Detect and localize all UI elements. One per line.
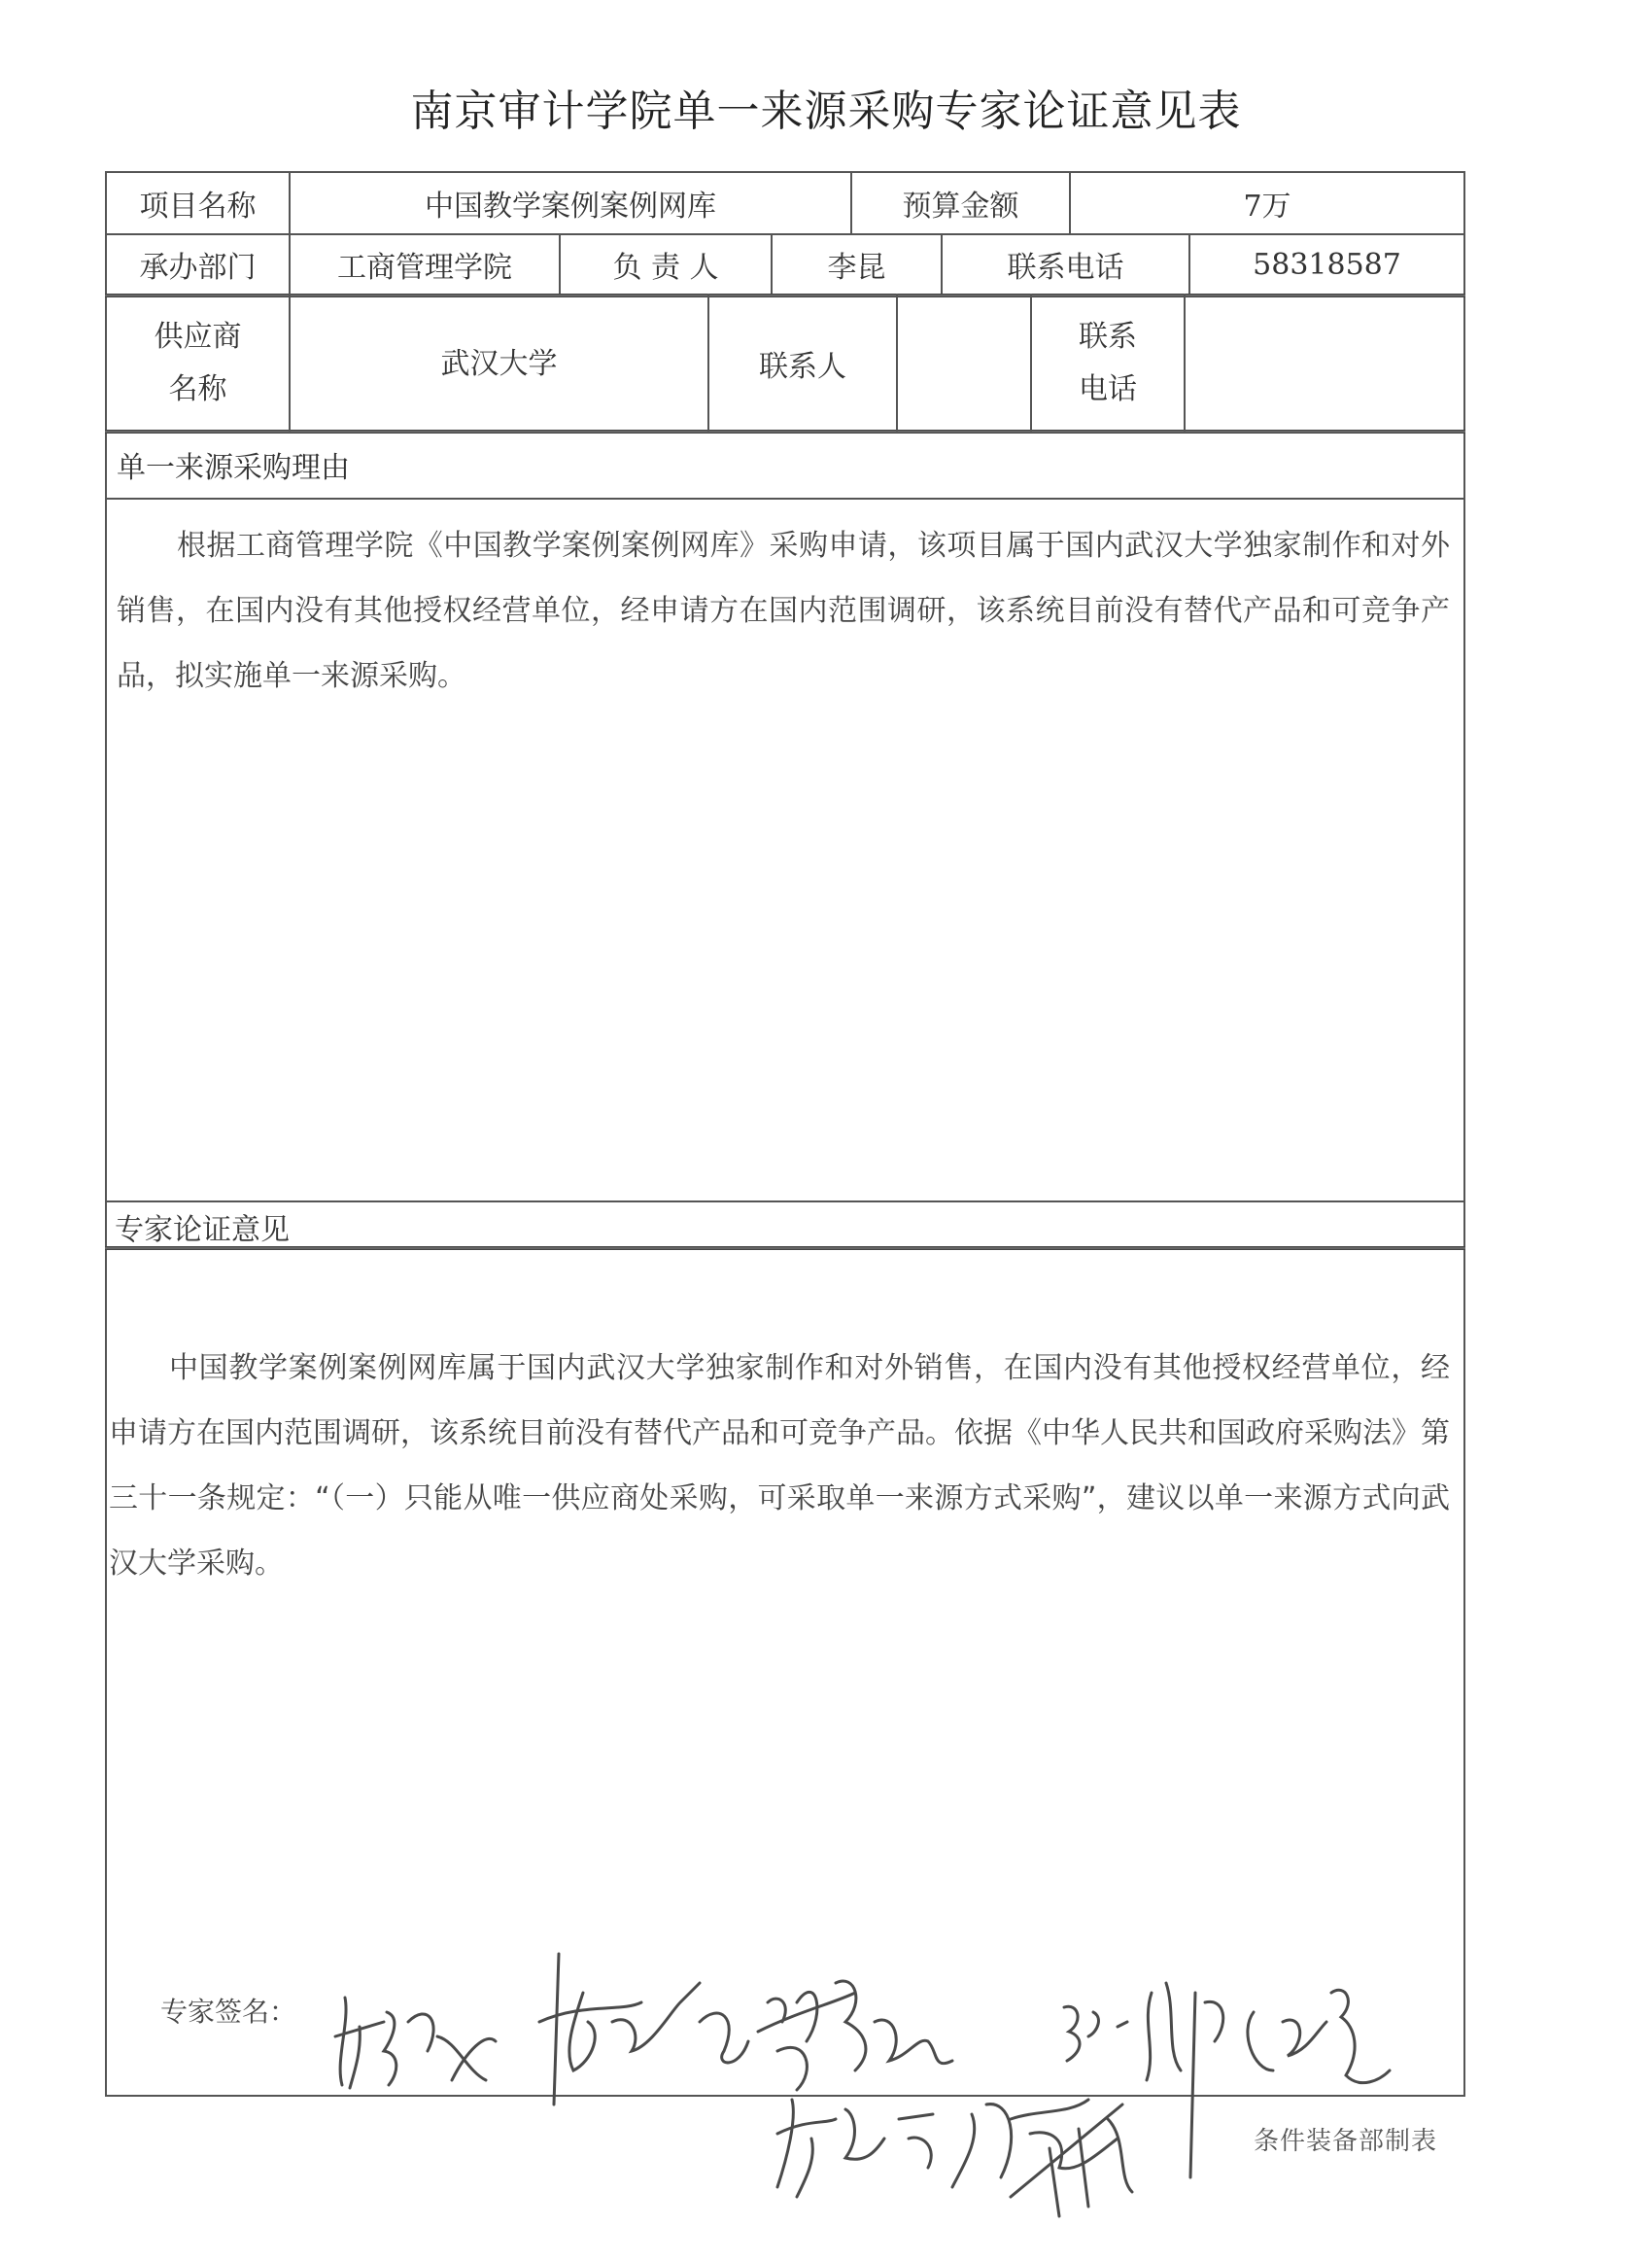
- handwritten-signature-2: [539, 1954, 748, 2104]
- handwritten-signature-6: [1248, 1990, 1390, 2082]
- signature-strokes: [0, 0, 1652, 2261]
- handwritten-signature-3: [758, 1981, 952, 2090]
- handwritten-signature-5: [1147, 1983, 1223, 2177]
- footer-issuer: 条件装备部制表: [1254, 2121, 1437, 2157]
- handwritten-signature-7: [777, 2100, 1132, 2216]
- handwritten-signature-1: [335, 1998, 496, 2088]
- handwritten-signature-4: [1064, 2006, 1127, 2061]
